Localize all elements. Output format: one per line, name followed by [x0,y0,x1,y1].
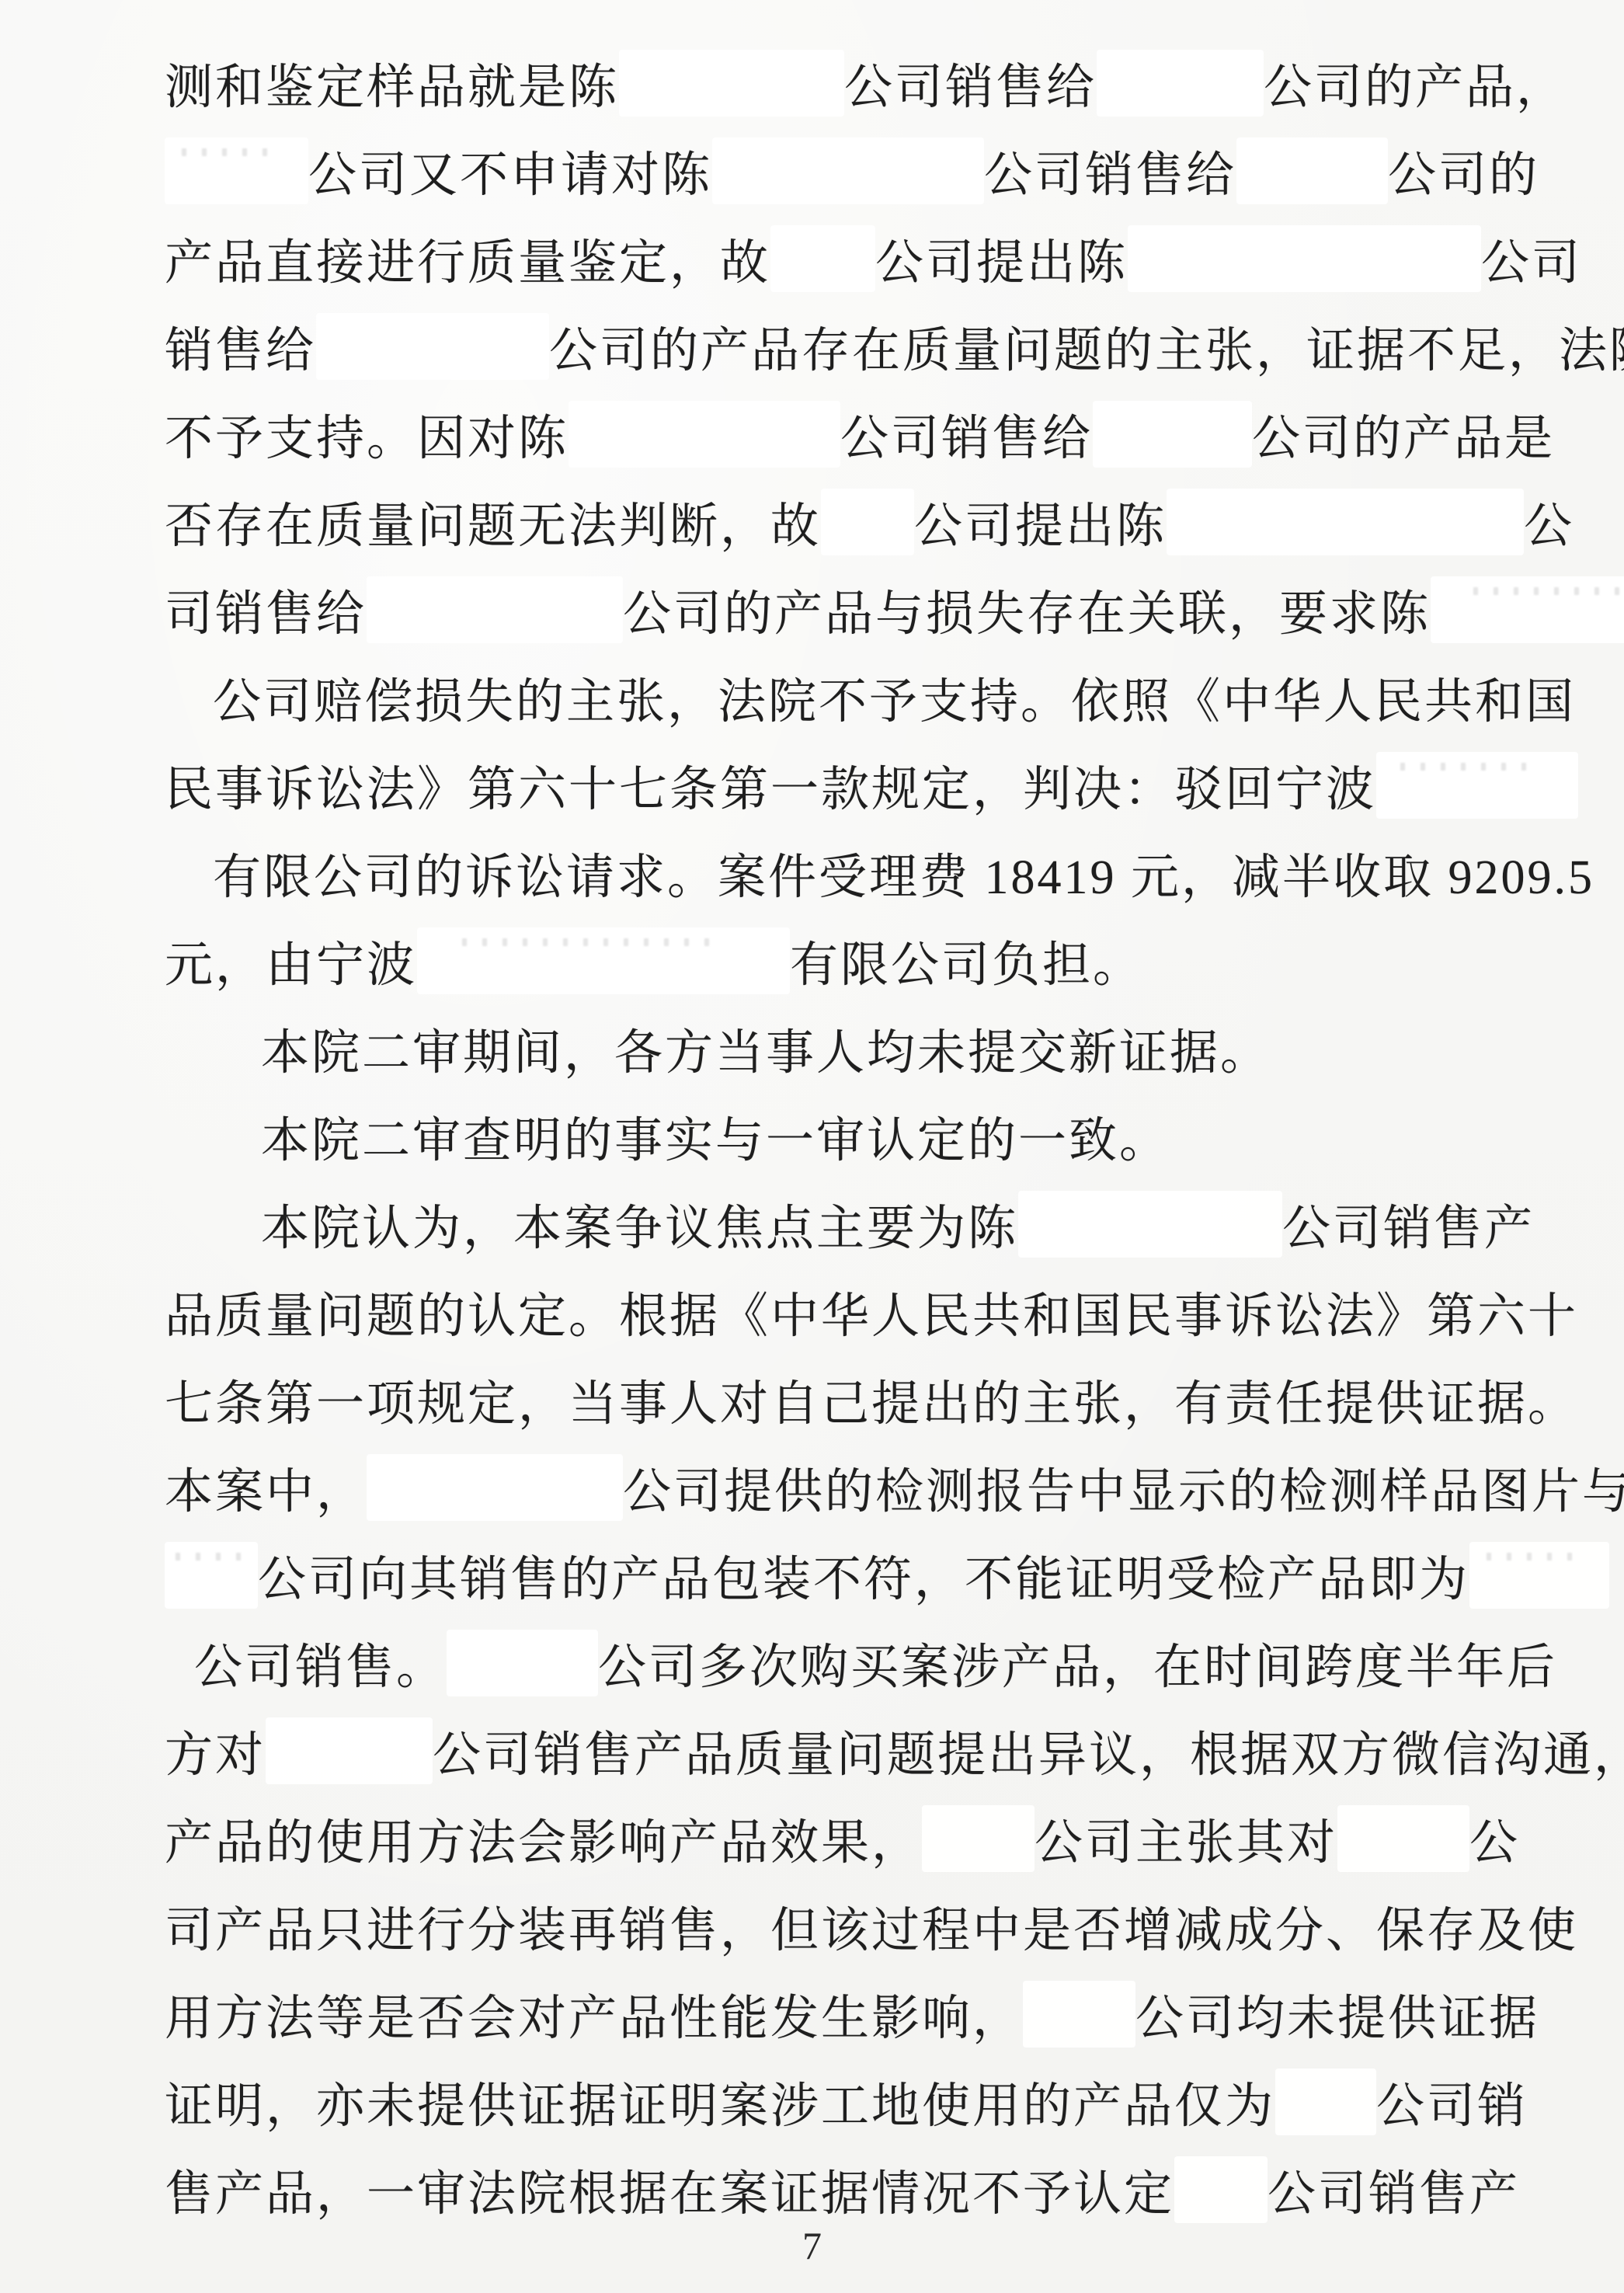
text-line: 售产品，一审法院根据在案证据情况不予认定公司销售产 [165,2145,1598,2233]
redaction-blank [1431,576,1624,643]
redaction-blank [1469,1542,1609,1609]
text-segment: 产品的使用方法会影响产品效果， [165,1804,922,1873]
text-line: 有限公司的诉讼请求。案件受理费 18419 元，减半收取 9209.5 [165,829,1598,917]
redaction-blank [619,50,844,117]
text-line: 品质量问题的认定。根据《中华人民共和国民事诉讼法》第六十 [165,1268,1598,1355]
text-line: 公司向其销售的产品包装不符，不能证明受检产品即为 [165,1531,1598,1619]
text-segment: 用方法等是否会对产品性能发生影响， [165,1979,1023,2048]
text-segment: 公司销售产 [1282,1189,1535,1258]
text-segment: 公 [1469,1804,1520,1873]
redaction-blank [367,1454,623,1521]
text-segment: 售产品，一审法院根据在案证据情况不予认定 [165,2155,1174,2224]
redaction-blank [1337,1805,1469,1872]
redaction-blank [1236,137,1388,204]
text-segment: 本案中， [165,1453,367,1522]
text-segment: 销售给 [165,311,316,381]
text-line: 产品直接进行质量鉴定，故公司提出陈公司 [165,214,1598,302]
text-segment: 品质量问题的认定。根据《中华人民共和国民事诉讼法》第六十 [165,1277,1578,1346]
paragraph-indent [165,1048,261,1049]
redaction-blank [922,1805,1035,1872]
text-segment: 公司销售。 [194,1628,447,1697]
text-segment: 公司的 [1388,136,1539,205]
text-line: 方对公司销售产品质量问题提出异议，根据双方微信沟通， [165,1707,1598,1794]
redaction-blank [1128,225,1481,292]
text-line: 本案中，公司提供的检测报告中显示的检测样品图片与 [165,1443,1598,1531]
redaction-blank [821,489,914,555]
paragraph-indent [165,697,213,698]
text-segment: 有限公司的诉讼请求。案件受理费 18419 元，减半收取 9209.5 [213,838,1594,907]
paragraph-indent [165,1662,194,1663]
text-segment: 公司主张其对 [1035,1804,1337,1873]
text-segment: 本院认为，本案争议焦点主要为陈 [261,1189,1018,1258]
text-segment: 有限公司负担。 [790,926,1143,995]
text-segment: 公司提出陈 [914,487,1167,556]
text-segment: 公司的产品是 [1252,399,1555,468]
text-line: 销售给公司的产品存在质量问题的主张，证据不足，法院 [165,302,1598,390]
text-line: 本院认为，本案争议焦点主要为陈公司销售产 [165,1180,1598,1268]
text-segment: 公司提出陈 [875,224,1128,293]
text-segment: 本院二审查明的事实与一审认定的一致。 [261,1101,1170,1171]
text-line: 公司又不申请对陈公司销售给公司的 [165,127,1598,214]
redaction-blank [165,137,308,204]
text-segment: 司产品只进行分装再销售，但该过程中是否增减成分、保存及使 [165,1891,1578,1961]
page-number: 7 [0,2223,1624,2268]
redaction-blank [1167,489,1524,555]
redaction-blank [1275,2069,1376,2135]
text-line: 公司赔偿损失的主张，法院不予支持。依照《中华人民共和国 [165,653,1598,741]
text-line: 证明，亦未提供证据证明案涉工地使用的产品仅为公司销 [165,2058,1598,2145]
text-segment: 公司向其销售的产品包装不符，不能证明受检产品即为 [258,1540,1469,1609]
text-line: 司产品只进行分装再销售，但该过程中是否增减成分、保存及使 [165,1882,1598,1970]
text-line: 司销售给公司的产品与损失存在关联，要求陈 [165,565,1598,653]
text-line: 不予支持。因对陈公司销售给公司的产品是 [165,390,1598,478]
text-segment: 公 [1524,487,1574,556]
text-segment: 公司销售产品质量问题提出异议，根据双方微信沟通， [433,1716,1624,1785]
text-segment: 公司的产品， [1264,48,1567,117]
text-segment: 证明，亦未提供证据证明案涉工地使用的产品仅为 [165,2067,1275,2136]
text-segment: 公司销 [1376,2067,1528,2136]
text-line: 七条第一项规定，当事人对自己提出的主张，有责任提供证据。 [165,1355,1598,1443]
text-segment: 不予支持。因对陈 [165,399,569,468]
text-segment: 公司销售产 [1268,2155,1520,2224]
paragraph-indent [165,1223,261,1224]
text-line: 产品的使用方法会影响产品效果，公司主张其对公 [165,1794,1598,1882]
text-segment: 七条第一项规定，当事人对自己提出的主张，有责任提供证据。 [165,1365,1578,1434]
redaction-blank [1018,1191,1282,1258]
text-line: 本院二审查明的事实与一审认定的一致。 [165,1092,1598,1180]
scanned-document-page: 测和鉴定样品就是陈公司销售给公司的产品，公司又不申请对陈公司销售给公司的产品直接… [0,0,1624,2293]
redaction-blank [770,225,875,292]
redaction-blank [367,576,623,643]
redaction-blank [1023,1981,1135,2048]
redaction-blank [1097,50,1264,117]
text-segment: 本院二审期间，各方当事人均未提交新证据。 [261,1014,1271,1083]
redaction-blank [712,137,984,204]
text-segment: 否存在质量问题无法判断，故 [165,487,821,556]
paragraph-indent [165,872,213,873]
redaction-blank [266,1717,433,1784]
redaction-blank [569,401,840,468]
text-segment: 产品直接进行质量鉴定，故 [165,224,770,293]
text-line: 用方法等是否会对产品性能发生影响，公司均未提供证据 [165,1970,1598,2058]
redaction-blank [165,1542,258,1609]
text-segment: 民事诉讼法》第六十七条第一款规定，判决：驳回宁波 [165,750,1376,819]
text-segment: 方对 [165,1716,266,1785]
redaction-blank [417,927,790,994]
redaction-blank [1093,401,1252,468]
redaction-blank [316,313,549,380]
text-segment: 公司销售给 [844,48,1097,117]
text-segment: 公司销售给 [984,136,1236,205]
judgment-text-body: 测和鉴定样品就是陈公司销售给公司的产品，公司又不申请对陈公司销售给公司的产品直接… [165,39,1598,2233]
text-segment: 公司均未提供证据 [1135,1979,1539,2048]
paragraph-indent [165,1136,261,1136]
text-line: 公司销售。公司多次购买案涉产品，在时间跨度半年后 [165,1619,1598,1707]
text-line: 民事诉讼法》第六十七条第一款规定，判决：驳回宁波 [165,741,1598,829]
text-segment: 公司赔偿损失的主张，法院不予支持。依照《中华人民共和国 [213,663,1576,732]
text-segment: 测和鉴定样品就是陈 [165,48,619,117]
text-line: 否存在质量问题无法判断，故公司提出陈公 [165,478,1598,565]
text-line: 测和鉴定样品就是陈公司销售给公司的产品， [165,39,1598,127]
text-segment: 公司又不申请对陈 [308,136,712,205]
redaction-blank [447,1630,598,1696]
redaction-blank [1174,2156,1268,2223]
text-segment: 公司多次购买案涉产品，在时间跨度半年后 [598,1628,1557,1697]
text-line: 本院二审期间，各方当事人均未提交新证据。 [165,1004,1598,1092]
text-segment: 公司的产品存在质量问题的主张，证据不足，法院 [549,311,1624,381]
text-segment: 公司 [1481,224,1582,293]
text-segment: 公司提供的检测报告中显示的检测样品图片与 [623,1453,1624,1522]
text-segment: 司销售给 [165,575,367,644]
text-segment: 元，由宁波 [165,926,417,995]
text-segment: 公司的产品与损失存在关联，要求陈 [623,575,1431,644]
redaction-blank [1376,752,1578,819]
text-segment: 公司销售给 [840,399,1093,468]
text-line: 元，由宁波有限公司负担。 [165,917,1598,1004]
